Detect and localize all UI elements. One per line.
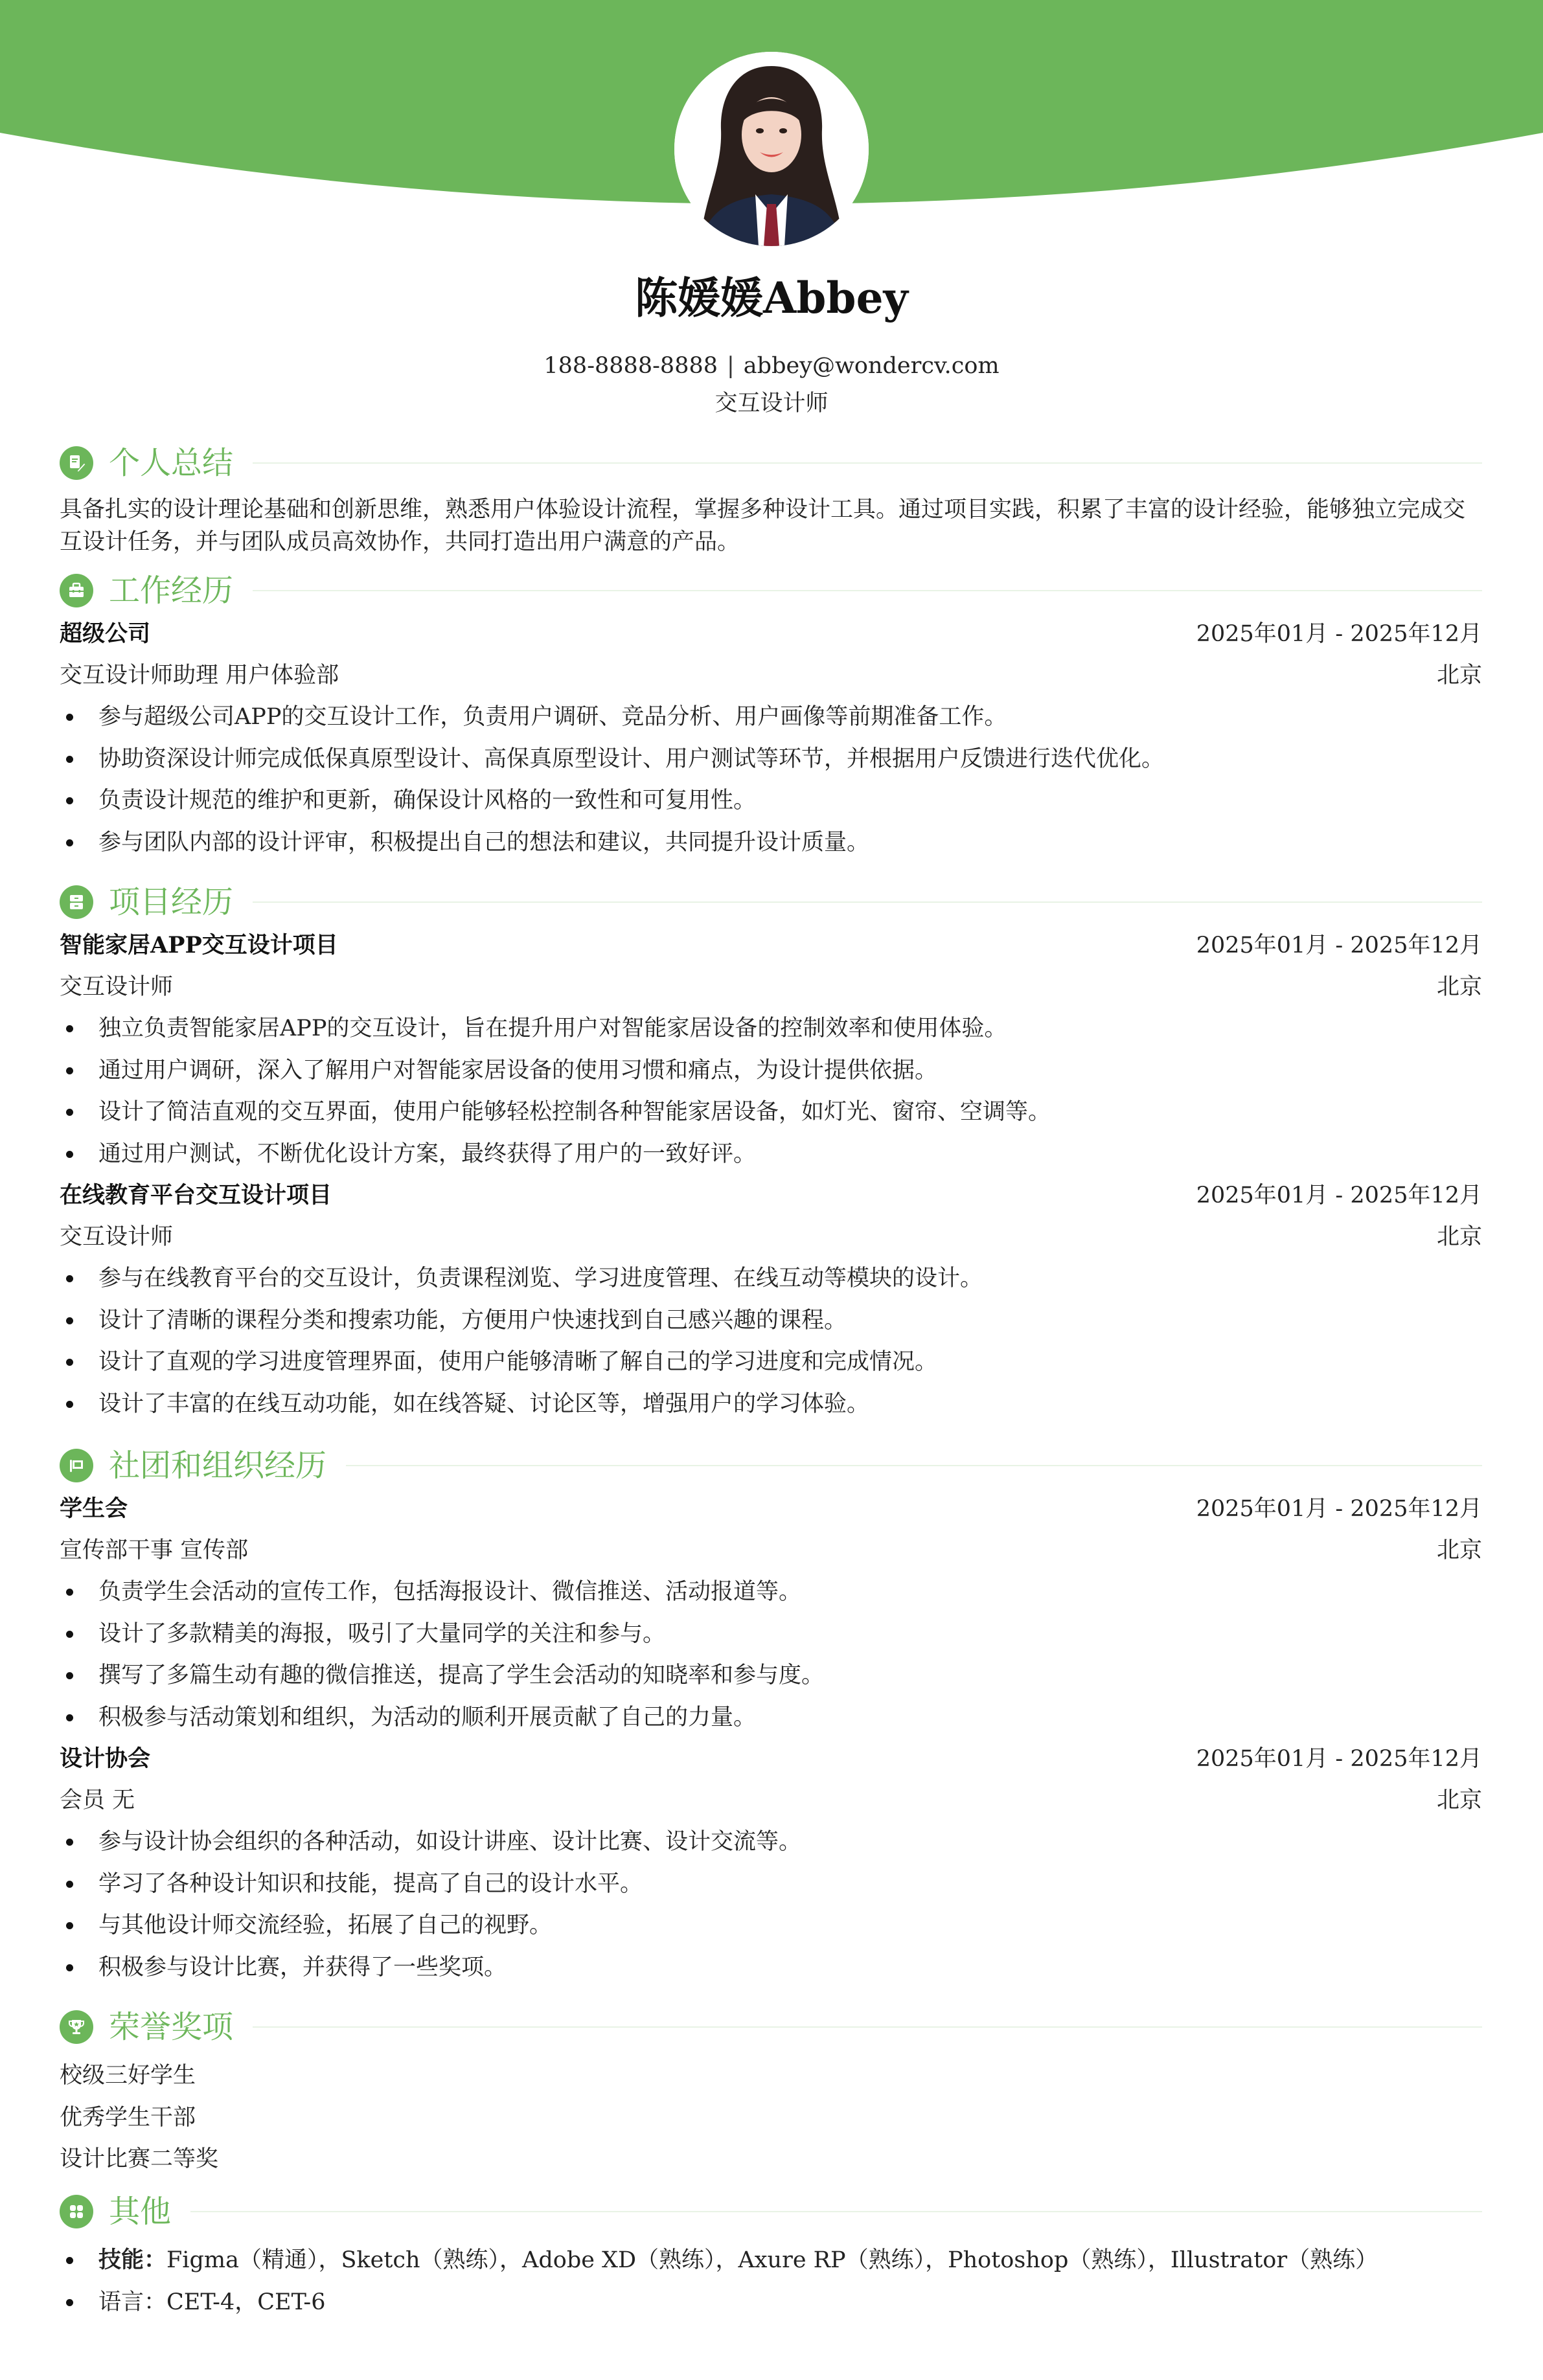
- honor-item: 优秀学生干部: [60, 2097, 1482, 2139]
- entry-date: 2025年01月 - 2025年12月: [1196, 1175, 1482, 1216]
- section-title: 其他: [109, 2189, 171, 2234]
- grid-apps-icon: [60, 2195, 93, 2228]
- entry-date: 2025年01月 - 2025年12月: [1196, 613, 1482, 655]
- bullet-item: 通过用户测试，不断优化设计方案，最终获得了用户的一致好评。: [60, 1133, 1482, 1175]
- project-entry: 在线教育平台交互设计项目 2025年01月 - 2025年12月 交互设计师 北…: [60, 1175, 1482, 1425]
- entry-role: 宣传部干事 宣传部: [60, 1530, 248, 1571]
- entry-location: 北京: [1437, 1530, 1482, 1571]
- entry-header-row: 在线教育平台交互设计项目 2025年01月 - 2025年12月: [60, 1175, 1482, 1216]
- entry-role: 会员 无: [60, 1780, 135, 1821]
- section-title: 项目经历: [109, 879, 233, 925]
- entry-organization: 学生会: [60, 1488, 128, 1530]
- section-organizations: 社团和组织经历 学生会 2025年01月 - 2025年12月 宣传部干事 宣传…: [60, 1443, 1482, 1988]
- trophy-icon: [60, 2010, 93, 2044]
- section-header: 项目经历: [60, 879, 1482, 925]
- bullet-item: 独立负责智能家居APP的交互设计，旨在提升用户对智能家居设备的控制效率和使用体验…: [60, 1008, 1482, 1050]
- bullet-item: 参与超级公司APP的交互设计工作，负责用户调研、竞品分析、用户画像等前期准备工作…: [60, 696, 1482, 738]
- entry-role-row: 交互设计师 北京: [60, 966, 1482, 1008]
- bullet-item: 设计了直观的学习进度管理界面，使用户能够清晰了解自己的学习进度和完成情况。: [60, 1341, 1482, 1383]
- entry-header-row: 智能家居APP交互设计项目 2025年01月 - 2025年12月: [60, 925, 1482, 966]
- entry-bullets: 参与超级公司APP的交互设计工作，负责用户调研、竞品分析、用户画像等前期准备工作…: [60, 696, 1482, 863]
- bullet-item: 设计了清晰的课程分类和搜索功能，方便用户快速找到自己感兴趣的课程。: [60, 1300, 1482, 1342]
- avatar-portrait-icon: [674, 52, 869, 246]
- avatar: [674, 52, 869, 246]
- target-job-title: 交互设计师: [0, 387, 1543, 420]
- section-divider: [253, 590, 1482, 591]
- bullet-item: 与其他设计师交流经验，拓展了自己的视野。: [60, 1905, 1482, 1947]
- bullet-item: 撰写了多篇生动有趣的微信推送，提高了学生会活动的知晓率和参与度。: [60, 1655, 1482, 1697]
- bullet-item: 参与在线教育平台的交互设计，负责课程浏览、学习进度管理、在线互动等模块的设计。: [60, 1258, 1482, 1300]
- entry-date: 2025年01月 - 2025年12月: [1196, 1738, 1482, 1780]
- languages-item: 语言：CET-4，CET-6: [60, 2282, 1482, 2324]
- entry-header-row: 学生会 2025年01月 - 2025年12月: [60, 1488, 1482, 1530]
- entry-bullets: 负责学生会活动的宣传工作，包括海报设计、微信推送、活动报道等。 设计了多款精美的…: [60, 1571, 1482, 1738]
- entry-organization: 设计协会: [60, 1738, 150, 1780]
- bullet-item: 参与团队内部的设计评审，积极提出自己的想法和建议，共同提升设计质量。: [60, 822, 1482, 864]
- skills-label: 技能：: [98, 2247, 166, 2273]
- entry-location: 北京: [1437, 1216, 1482, 1258]
- entry-location: 北京: [1437, 966, 1482, 1008]
- bullet-item: 协助资深设计师完成低保真原型设计、高保真原型设计、用户测试等环节，并根据用户反馈…: [60, 738, 1482, 780]
- contact-line: 188-8888-8888|abbey@wondercv.com: [0, 350, 1543, 382]
- honors-list: 校级三好学生 优秀学生干部 设计比赛二等奖: [60, 2055, 1482, 2181]
- entry-role: 交互设计师助理 用户体验部: [60, 655, 339, 696]
- section-work: 工作经历 超级公司 2025年01月 - 2025年12月 交互设计师助理 用户…: [60, 568, 1482, 863]
- section-title: 荣誉奖项: [109, 2004, 233, 2050]
- entry-organization: 智能家居APP交互设计项目: [60, 925, 338, 966]
- other-list: 技能：Figma（精通），Sketch（熟练），Adobe XD（熟练），Axu…: [60, 2239, 1482, 2323]
- edit-document-icon: [60, 446, 93, 480]
- section-divider: [253, 462, 1482, 464]
- languages-label: 语言：: [98, 2289, 166, 2315]
- skills-item: 技能：Figma（精通），Sketch（熟练），Adobe XD（熟练），Axu…: [60, 2239, 1482, 2282]
- entry-date: 2025年01月 - 2025年12月: [1196, 925, 1482, 966]
- flag-icon: [60, 1449, 93, 1482]
- bullet-item: 参与设计协会组织的各种活动，如设计讲座、设计比赛、设计交流等。: [60, 1821, 1482, 1863]
- phone-number: 188-8888-8888: [543, 353, 718, 379]
- bullet-item: 负责学生会活动的宣传工作，包括海报设计、微信推送、活动报道等。: [60, 1571, 1482, 1613]
- entry-organization: 在线教育平台交互设计项目: [60, 1175, 332, 1216]
- bullet-item: 积极参与活动策划和组织，为活动的顺利开展贡献了自己的力量。: [60, 1697, 1482, 1739]
- entry-role-row: 会员 无 北京: [60, 1780, 1482, 1821]
- section-title: 社团和组织经历: [109, 1443, 326, 1488]
- entry-bullets: 参与在线教育平台的交互设计，负责课程浏览、学习进度管理、在线互动等模块的设计。 …: [60, 1258, 1482, 1425]
- section-header: 个人总结: [60, 440, 1482, 486]
- section-title: 个人总结: [109, 440, 233, 486]
- section-divider: [190, 2211, 1482, 2212]
- contact-separator: |: [727, 353, 735, 379]
- bullet-item: 通过用户调研，深入了解用户对智能家居设备的使用习惯和痛点，为设计提供依据。: [60, 1050, 1482, 1092]
- skills-value: Figma（精通），Sketch（熟练），Adobe XD（熟练），Axure …: [166, 2247, 1378, 2273]
- summary-text: 具备扎实的设计理论基础和创新思维，熟悉用户体验设计流程，掌握多种设计工具。通过项…: [60, 493, 1482, 558]
- section-header: 其他: [60, 2189, 1482, 2234]
- section-summary: 个人总结 具备扎实的设计理论基础和创新思维，熟悉用户体验设计流程，掌握多种设计工…: [60, 440, 1482, 558]
- organization-entry: 设计协会 2025年01月 - 2025年12月 会员 无 北京 参与设计协会组…: [60, 1738, 1482, 1988]
- entry-role: 交互设计师: [60, 1216, 173, 1258]
- entry-role-row: 宣传部干事 宣传部 北京: [60, 1530, 1482, 1571]
- section-other: 其他 技能：Figma（精通），Sketch（熟练），Adobe XD（熟练），…: [60, 2189, 1482, 2323]
- entry-role-row: 交互设计师 北京: [60, 1216, 1482, 1258]
- section-header: 荣誉奖项: [60, 2004, 1482, 2050]
- section-divider: [346, 1465, 1482, 1466]
- section-title: 工作经历: [109, 568, 233, 613]
- entry-bullets: 独立负责智能家居APP的交互设计，旨在提升用户对智能家居设备的控制效率和使用体验…: [60, 1008, 1482, 1175]
- bullet-item: 学习了各种设计知识和技能，提高了自己的设计水平。: [60, 1863, 1482, 1905]
- section-divider: [253, 2026, 1482, 2028]
- work-entry: 超级公司 2025年01月 - 2025年12月 交互设计师助理 用户体验部 北…: [60, 613, 1482, 863]
- entry-location: 北京: [1437, 1780, 1482, 1821]
- section-honors: 荣誉奖项 校级三好学生 优秀学生干部 设计比赛二等奖: [60, 2004, 1482, 2181]
- bullet-item: 设计了多款精美的海报，吸引了大量同学的关注和参与。: [60, 1613, 1482, 1655]
- entry-role-row: 交互设计师助理 用户体验部 北京: [60, 655, 1482, 696]
- section-header: 工作经历: [60, 568, 1482, 613]
- bullet-item: 设计了简洁直观的交互界面，使用户能够轻松控制各种智能家居设备，如灯光、窗帘、空调…: [60, 1091, 1482, 1133]
- organization-entry: 学生会 2025年01月 - 2025年12月 宣传部干事 宣传部 北京 负责学…: [60, 1488, 1482, 1738]
- honor-item: 校级三好学生: [60, 2055, 1482, 2097]
- section-divider: [253, 901, 1482, 903]
- entry-organization: 超级公司: [60, 613, 150, 655]
- honor-item: 设计比赛二等奖: [60, 2138, 1482, 2181]
- entry-bullets: 参与设计协会组织的各种活动，如设计讲座、设计比赛、设计交流等。 学习了各种设计知…: [60, 1821, 1482, 1988]
- candidate-name: 陈媛媛Abbey: [0, 272, 1543, 324]
- entry-location: 北京: [1437, 655, 1482, 696]
- section-header: 社团和组织经历: [60, 1443, 1482, 1488]
- briefcase-icon: [60, 574, 93, 607]
- bullet-item: 负责设计规范的维护和更新，确保设计风格的一致性和可复用性。: [60, 780, 1482, 822]
- email-address: abbey@wondercv.com: [744, 353, 1000, 379]
- section-projects: 项目经历 智能家居APP交互设计项目 2025年01月 - 2025年12月 交…: [60, 879, 1482, 1425]
- project-entry: 智能家居APP交互设计项目 2025年01月 - 2025年12月 交互设计师 …: [60, 925, 1482, 1175]
- entry-header-row: 超级公司 2025年01月 - 2025年12月: [60, 613, 1482, 655]
- entry-role: 交互设计师: [60, 966, 173, 1008]
- entry-header-row: 设计协会 2025年01月 - 2025年12月: [60, 1738, 1482, 1780]
- languages-value: CET-4，CET-6: [166, 2289, 326, 2315]
- archive-box-icon: [60, 885, 93, 919]
- entry-date: 2025年01月 - 2025年12月: [1196, 1488, 1482, 1530]
- bullet-item: 积极参与设计比赛，并获得了一些奖项。: [60, 1947, 1482, 1989]
- bullet-item: 设计了丰富的在线互动功能，如在线答疑、讨论区等，增强用户的学习体验。: [60, 1383, 1482, 1425]
